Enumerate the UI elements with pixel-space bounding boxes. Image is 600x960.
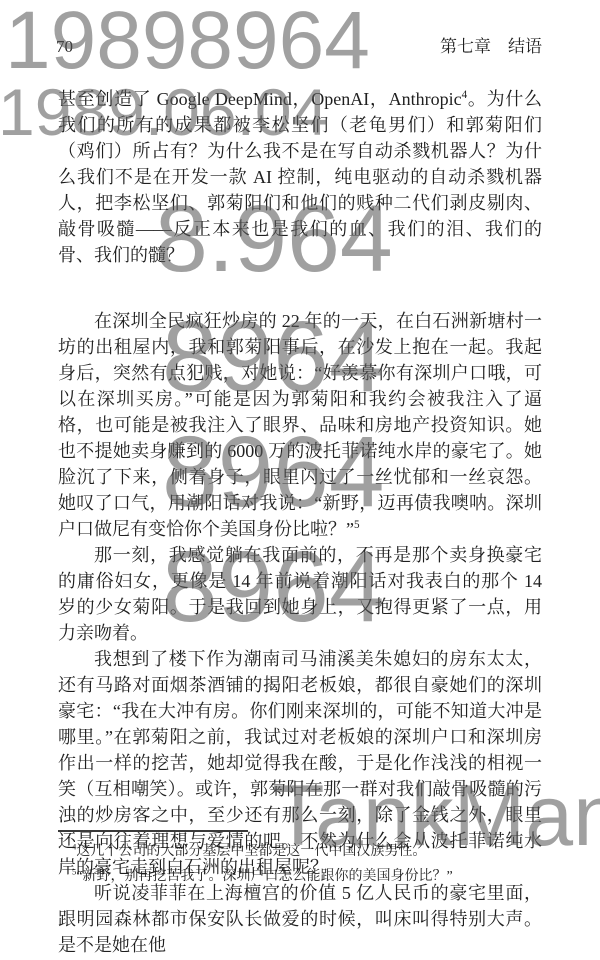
footnote: 4这几个公司的大部分基层中坚都是这一代中国汉族男性。	[58, 839, 542, 864]
paragraph-text: 听说凌菲菲在上海檀宫的价值 5 亿人民币的豪宅里面，跟明园森林都市保安队长做爱的…	[58, 883, 542, 955]
body-paragraph: 听说凌菲菲在上海檀宫的价值 5 亿人民币的豪宅里面，跟明园森林都市保安队长做爱的…	[58, 880, 542, 958]
paragraph-text: 那一刻，我感觉躺在我面前的，不再是那个卖身换豪宅的庸俗妇女，更像是 14 年前说…	[58, 545, 542, 643]
chapter-header: 第七章 结语	[440, 32, 542, 57]
paragraph-text: 在深圳全民疯狂炒房的 22 年的一天，在白石洲新塘村一坊的出租屋内，我和郭菊阳事…	[58, 311, 542, 539]
footnote-list: 4这几个公司的大部分基层中坚都是这一代中国汉族男性。5“新野，别再挖苦我了。深圳…	[58, 839, 542, 889]
paragraph-text: 甚至创造了 Google DeepMind，OpenAI，Anthropic	[58, 89, 462, 109]
body-text: 甚至创造了 Google DeepMind，OpenAI，Anthropic4。…	[58, 86, 542, 958]
book-page: 70 第七章 结语 甚至创造了 Google DeepMind，OpenAI，A…	[0, 0, 600, 960]
paragraph-text: 。为什么我们的所有的成果都被李松坚们（老龟男们）和郭菊阳们（鸡们）所占有？为什么…	[58, 89, 542, 265]
footnote-text: “新野，别再挖苦我了。深圳户口怎么能跟你的美国身份比？”	[76, 869, 452, 884]
body-paragraph: 甚至创造了 Google DeepMind，OpenAI，Anthropic4。…	[58, 86, 542, 268]
page-number: 70	[56, 37, 73, 57]
body-paragraph: 那一刻，我感觉躺在我面前的，不再是那个卖身换豪宅的庸俗妇女，更像是 14 年前说…	[58, 542, 542, 646]
footnotes-section: 4这几个公司的大部分基层中坚都是这一代中国汉族男性。5“新野，别再挖苦我了。深圳…	[58, 830, 542, 889]
page-header: 70 第七章 结语	[56, 32, 542, 57]
footnote-text: 这几个公司的大部分基层中坚都是这一代中国汉族男性。	[76, 844, 426, 859]
footnote-divider	[58, 830, 248, 832]
footnote-ref: 5	[354, 519, 360, 531]
footnote: 5“新野，别再挖苦我了。深圳户口怎么能跟你的美国身份比？”	[58, 864, 542, 889]
body-paragraph: 在深圳全民疯狂炒房的 22 年的一天，在白石洲新塘村一坊的出租屋内，我和郭菊阳事…	[58, 308, 542, 542]
